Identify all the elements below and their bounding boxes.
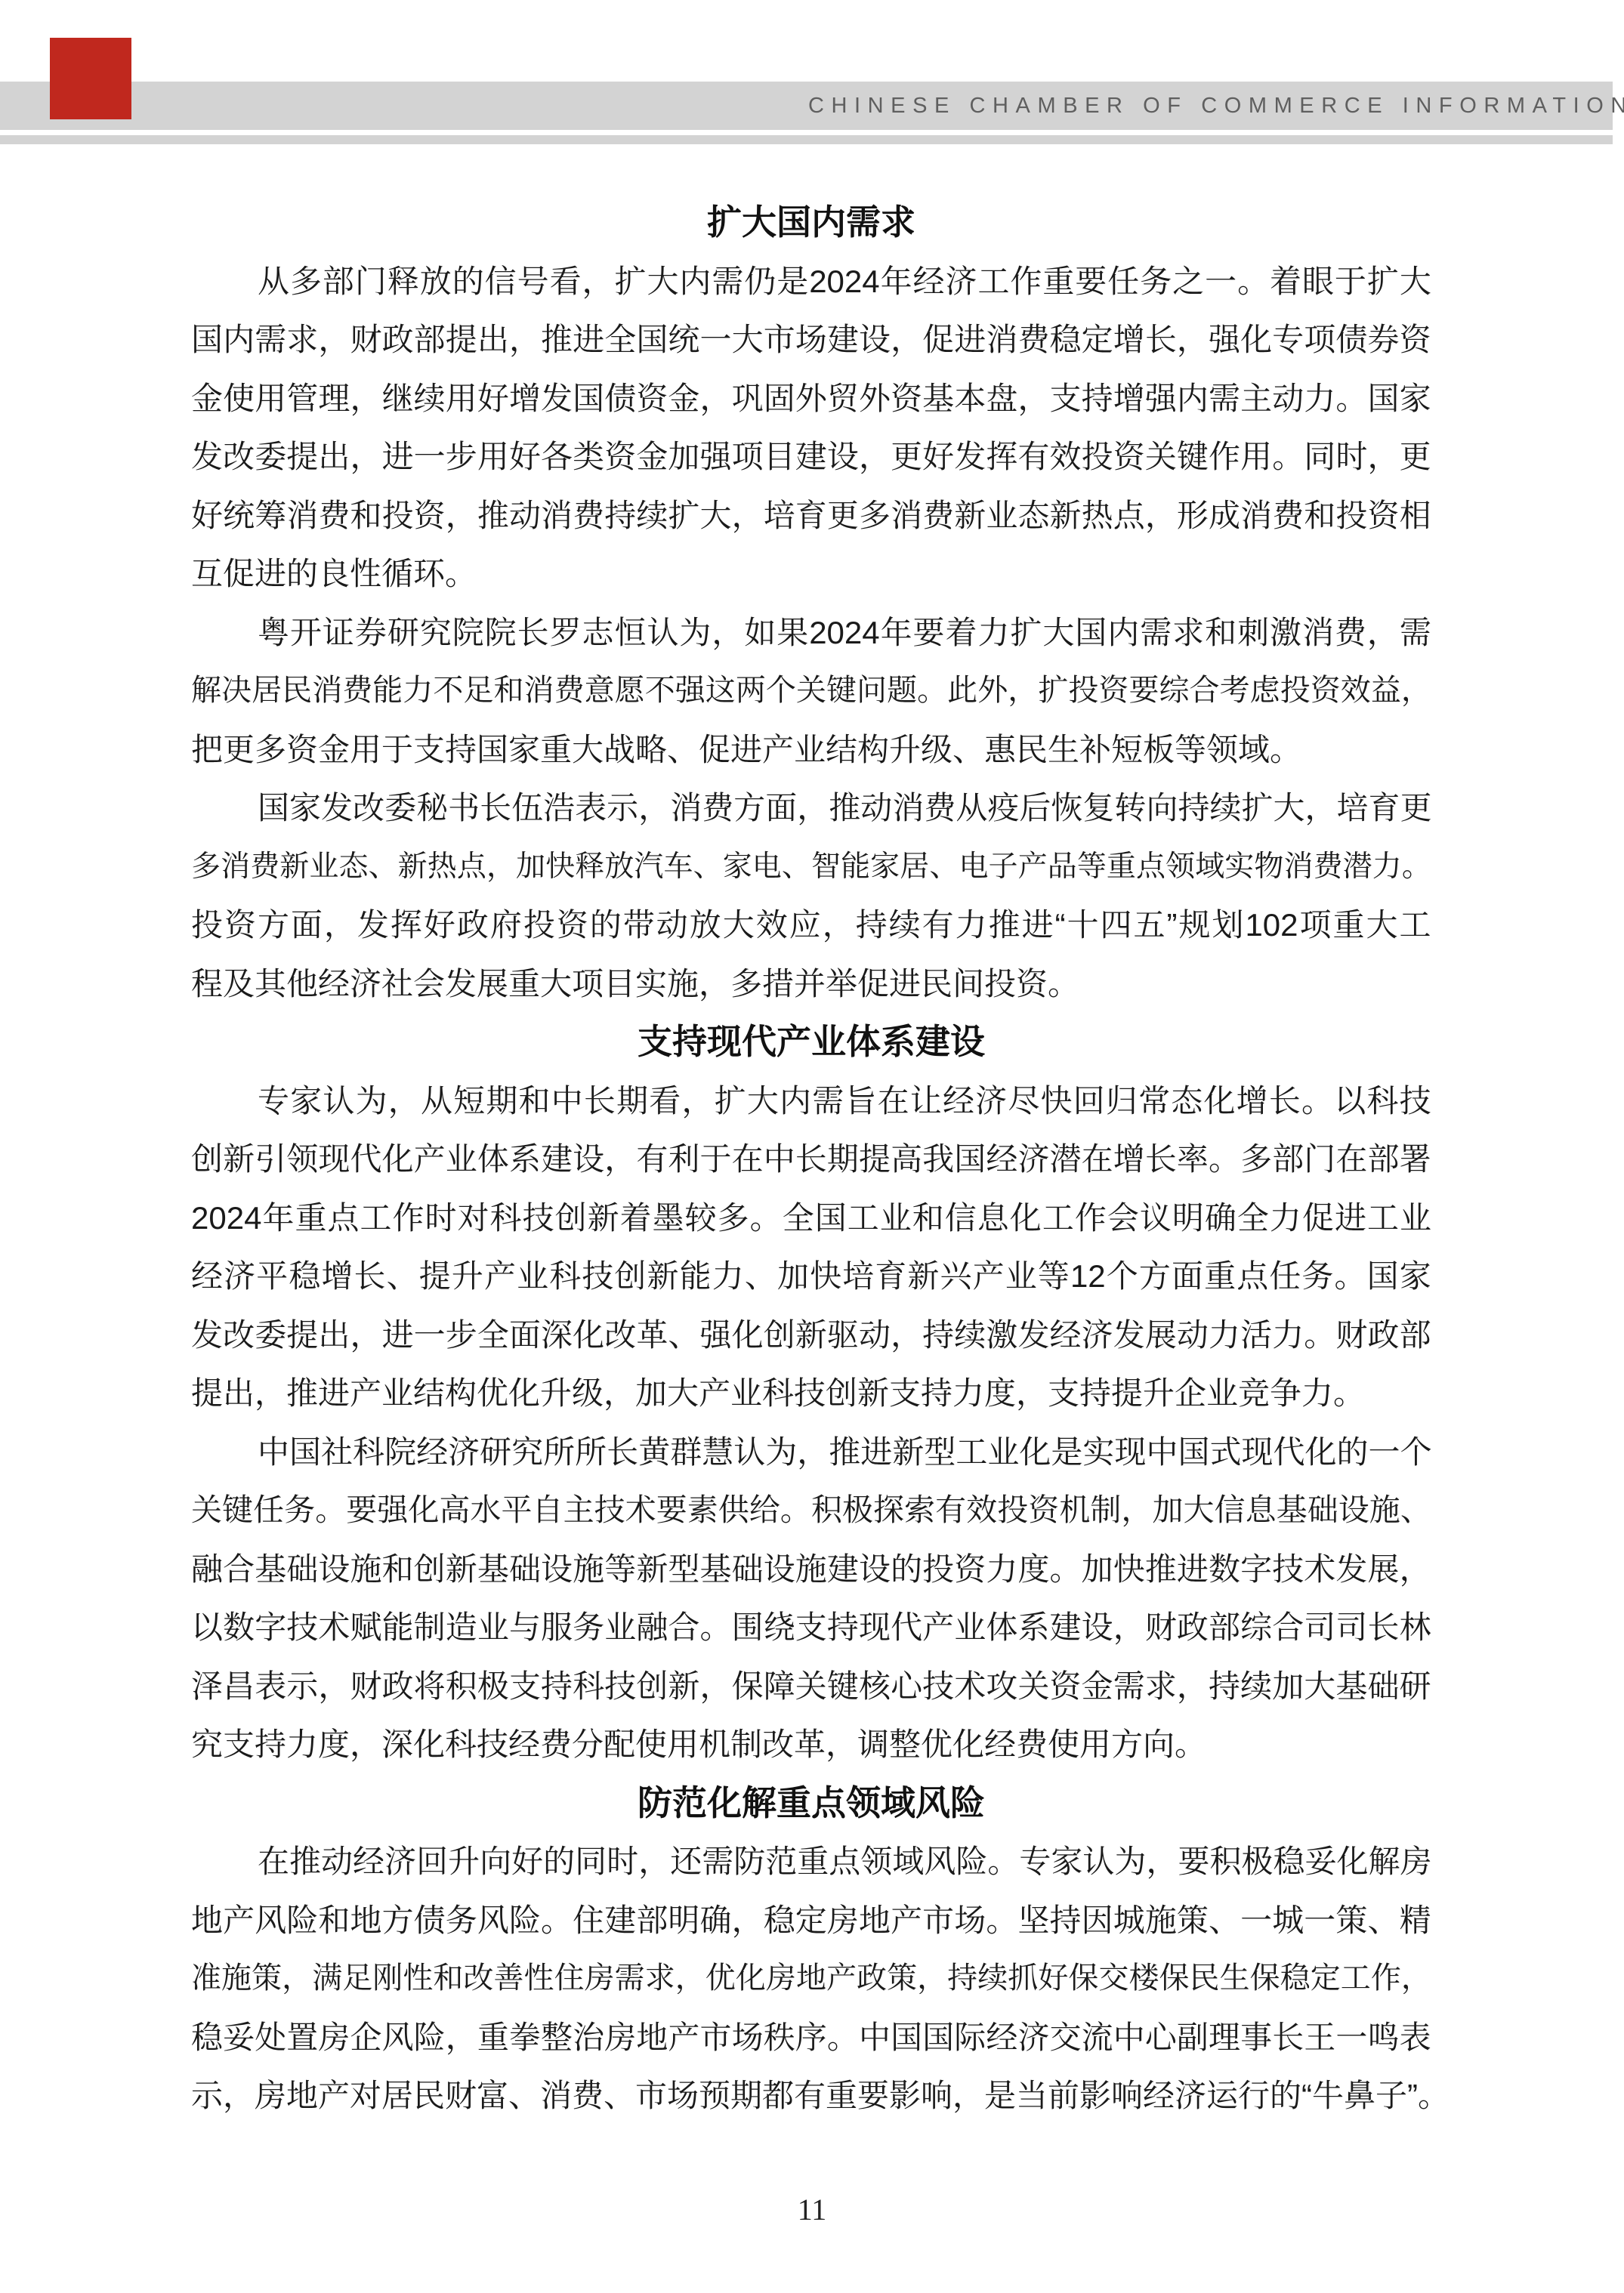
page-number: 11	[0, 2192, 1624, 2227]
section-heading: 防范化解重点领域风险	[191, 1774, 1431, 1833]
text-line: 国内需求，财政部提出，推进全国统一大市场建设，促进消费稳定增长，强化专项债券资	[191, 310, 1431, 369]
text-line: 好统筹消费和投资，推动消费持续扩大，培育更多消费新业态新热点，形成消费和投资相	[191, 486, 1431, 545]
text-line: 泽昌表示，财政将积极支持科技创新，保障关键核心技术攻关资金需求，持续加大基础研	[191, 1657, 1431, 1716]
text-line: 把更多资金用于支持国家重大战略、促进产业结构升级、惠民生补短板等领域。	[191, 721, 1431, 779]
text-line: 多消费新业态、新热点，加快释放汽车、家电、智能家居、电子产品等重点领域实物消费潜…	[191, 838, 1431, 897]
text-line: 中国社科院经济研究所所长黄群慧认为，推进新型工业化是实现中国式现代化的一个	[191, 1423, 1431, 1482]
text-line: 投资方面，发挥好政府投资的带动放大效应，持续有力推进“十四五”规划102项重大工	[191, 896, 1431, 955]
text-line: 究支持力度，深化科技经费分配使用机制改革，调整优化经费使用方向。	[191, 1715, 1431, 1774]
text-line: 粤开证券研究院院长罗志恒认为，如果2024年要着力扩大国内需求和刺激消费，需	[191, 603, 1431, 662]
text-line: 从多部门释放的信号看，扩大内需仍是2024年经济工作重要任务之一。着眼于扩大	[191, 252, 1431, 311]
text-line: 2024年重点工作时对科技创新着墨较多。全国工业和信息化工作会议明确全力促进工业	[191, 1189, 1431, 1248]
text-line: 融合基础设施和创新基础设施等新型基础设施建设的投资力度。加快推进数字技术发展，	[191, 1540, 1431, 1599]
text-line: 以数字技术赋能制造业与服务业融合。围绕支持现代产业体系建设，财政部综合司司长林	[191, 1598, 1431, 1657]
section-heading: 扩大国内需求	[191, 193, 1431, 252]
text-line: 地产风险和地方债务风险。住建部明确，稳定房地产市场。坚持因城施策、一城一策、精	[191, 1891, 1431, 1950]
text-line: 在推动经济回升向好的同时，还需防范重点领域风险。专家认为，要积极稳妥化解房	[191, 1832, 1431, 1891]
text-line: 发改委提出，进一步用好各类资金加强项目建设，更好发挥有效投资关键作用。同时，更	[191, 427, 1431, 486]
text-line: 国家发改委秘书长伍浩表示，消费方面，推动消费从疫后恢复转向持续扩大，培育更	[191, 779, 1431, 838]
text-line: 经济平稳增长、提升产业科技创新能力、加快培育新兴产业等12个方面重点任务。国家	[191, 1247, 1431, 1306]
header-rule	[0, 135, 1613, 144]
document-page: CHINESE CHAMBER OF COMMERCE INFORMATION …	[0, 0, 1624, 2293]
text-line: 专家认为，从短期和中长期看，扩大内需旨在让经济尽快回归常态化增长。以科技	[191, 1072, 1431, 1131]
text-line: 发改委提出，进一步全面深化改革、强化创新驱动，持续激发经济发展动力活力。财政部	[191, 1306, 1431, 1365]
text-line: 示，房地产对居民财富、消费、市场预期都有重要影响，是当前影响经济运行的“牛鼻子”…	[191, 2066, 1431, 2125]
text-line: 稳妥处置房企风险，重拳整治房地产市场秩序。中国国际经济交流中心副理事长王一鸣表	[191, 2008, 1431, 2067]
text-line: 金使用管理，继续用好增发国债资金，巩固外贸外资基本盘，支持增强内需主动力。国家	[191, 369, 1431, 428]
text-line: 互促进的良性循环。	[191, 545, 1431, 603]
text-line: 解决居民消费能力不足和消费意愿不强这两个关键问题。此外，扩投资要综合考虑投资效益…	[191, 662, 1431, 721]
section-heading: 支持现代产业体系建设	[191, 1013, 1431, 1072]
header-title: CHINESE CHAMBER OF COMMERCE INFORMATION	[808, 82, 1624, 130]
text-line: 程及其他经济社会发展重大项目实施，多措并举促进民间投资。	[191, 955, 1431, 1014]
red-square-logo	[50, 38, 131, 119]
text-line: 准施策，满足刚性和改善性住房需求，优化房地产政策，持续抓好保交楼保民生保稳定工作…	[191, 1949, 1431, 2008]
text-line: 创新引领现代化产业体系建设，有利于在中长期提高我国经济潜在增长率。多部门在部署	[191, 1130, 1431, 1189]
text-line: 关键任务。要强化高水平自主技术要素供给。积极探索有效投资机制，加大信息基础设施、	[191, 1481, 1431, 1540]
text-line: 提出，推进产业结构优化升级，加大产业科技创新支持力度，支持提升企业竞争力。	[191, 1364, 1431, 1423]
article-body: 扩大国内需求从多部门释放的信号看，扩大内需仍是2024年经济工作重要任务之一。着…	[191, 193, 1431, 2125]
